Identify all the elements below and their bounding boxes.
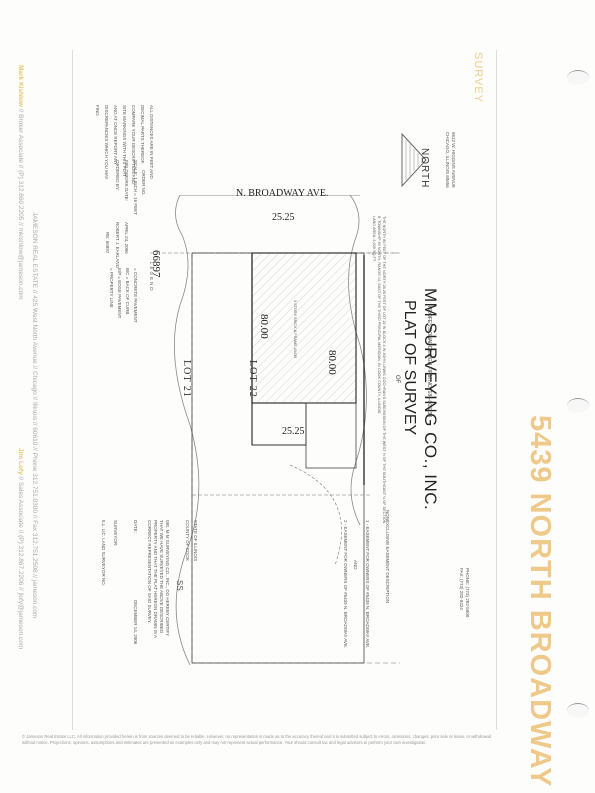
ordered-by: ROBERT J. EARLAND — [113, 222, 122, 268]
certification-statement: WE, M M SURVEYING CO., INC., DO HEREBY C… — [146, 520, 170, 640]
license-label: ILL. LIC. LAND SURVEYOR NO. — [99, 520, 108, 586]
dimension-top-width: 25.25 — [272, 212, 295, 223]
contact-jim-lofy: Jim Lofy // Sales Associate // (P) 312.8… — [17, 448, 24, 649]
contact-details: // Broker Associate // (P) 312.860.2205 … — [17, 107, 24, 300]
dimension-right-depth: 80.00 — [326, 350, 338, 375]
state: STATE OF ILLINOIS — [191, 520, 200, 561]
easement-and: AND — [351, 560, 360, 570]
legend-item: B/C = BACK OF CURB — [123, 268, 132, 314]
county: COUNTY OF COOK — [183, 520, 192, 561]
disclaimer: © Jameson Real Estate LLC. All informati… — [22, 734, 492, 746]
legend-item: E/P = EDGE PAVEMENT — [115, 268, 124, 318]
field-date-label: FIELDWORK DATE: — [122, 160, 131, 201]
phone: PHONE: (773) 282-5900 — [464, 568, 470, 617]
punch-hole — [567, 398, 589, 413]
field-date: APRIL 24, 2006 — [122, 222, 131, 254]
address-line: CHICAGO, ILLINOIS 60656 — [444, 132, 450, 188]
address-line: 6612 W. HIGGINS AVENUE — [450, 132, 456, 188]
contact-name: Jim Lofy — [17, 448, 24, 475]
north-label: NORTH — [419, 148, 430, 188]
easement-item: 2 - EASEMENT FOR OWNERS OF #5439 N. BROA… — [341, 520, 350, 648]
survey-document-page: SURVEY 5439 NORTH BROADWAY Mark Kishlow … — [0, 0, 595, 793]
plat-title: PLAT OF SURVEY — [400, 300, 418, 435]
property-address-title: 5439 NORTH BROADWAY — [523, 415, 556, 787]
contact-name: Mark Kishlow — [17, 65, 24, 107]
building-label: 3 STORY BRICK & FRAME #5439 — [292, 300, 297, 358]
contact-mark-kishlow: Mark Kishlow // Broker Associate // (P) … — [17, 65, 24, 300]
certification-date: DECEMBER 14, 2006 — [131, 600, 140, 644]
legend-title: LEGEND — [147, 262, 156, 293]
legend-item: = PROPERTY LINE — [107, 268, 116, 308]
left-margin-divider — [72, 50, 73, 730]
reference: RE: 66897 — [103, 232, 112, 253]
company-phone-fax: PHONE: (773) 282-5900 FAX: (773) 282-942… — [458, 568, 470, 617]
agency-contact-line: JAMESON REAL ESTATE // 425 West North Av… — [31, 212, 38, 618]
easement-title: NONEXCLUSIVE EASEMENT DESCRIPTION — [383, 510, 392, 603]
contact-details: // Sales Associate // (P) 312.867.2206 /… — [17, 475, 24, 650]
dimension-left-depth: 80.00 — [258, 314, 270, 339]
section-tag: SURVEY — [472, 52, 484, 103]
lot-22-label: LOT 22 — [247, 360, 258, 398]
column-divider — [496, 50, 497, 730]
dimension-bottom-width: 25.25 — [282, 426, 305, 437]
lot-21-label: LOT 21 — [181, 360, 192, 398]
date-label: DATE: — [131, 520, 140, 533]
punch-hole — [567, 703, 589, 718]
surveyor-label: SURVEYOR: — [111, 520, 120, 546]
ordered-by-label: ORDERED BY: — [113, 160, 122, 191]
order-label: ORDER NO. — [141, 170, 146, 196]
order-number-block: ORDER NO. — [139, 170, 148, 196]
fax: FAX: (773) 282-9424 — [458, 568, 464, 617]
scale: SCALE: 1 INCH = 16 FEET — [131, 160, 140, 215]
legend-item: = CONCRETE PAVEMENT — [131, 268, 140, 322]
company-address: 6612 W. HIGGINS AVENUE CHICAGO, ILLINOIS… — [444, 132, 456, 188]
punch-hole — [567, 70, 589, 85]
ss: SS — [175, 580, 184, 591]
easement-item: 1 - EASEMENT FOR OWNERS OF #5439 N. BROA… — [363, 520, 372, 648]
firm-number: PROFESSIONAL DESIGN FIRM NO. 184-003233 — [426, 306, 432, 417]
